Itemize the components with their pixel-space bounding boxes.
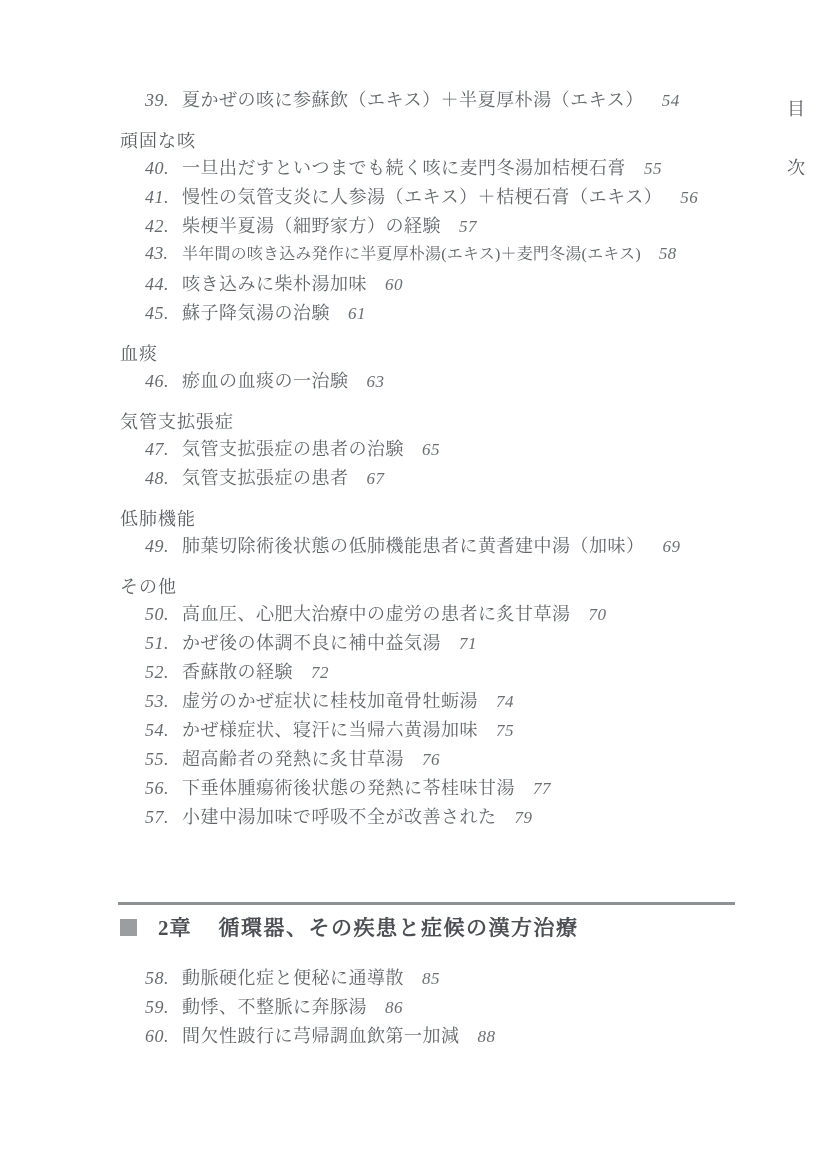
toc-entry: 46.瘀血の血痰の一治験63 xyxy=(0,367,770,396)
entry-number: 47. xyxy=(145,439,182,460)
toc-entry: 57.小建中湯加味で呼吸不全が改善された79 xyxy=(0,803,770,832)
entry-number: 49. xyxy=(145,536,182,557)
toc-group: 低肺機能49.肺葉切除術後状態の低肺機能患者に黄耆建中湯（加味）69 xyxy=(0,503,770,561)
toc-entry: 60.間欠性跛行に芎帰調血飲第一加減88 xyxy=(0,1022,770,1051)
toc-entry: 39.夏かぜの咳に参蘇飲（エキス）＋半夏厚朴湯（エキス）54 xyxy=(0,86,770,115)
toc-entry: 54.かぜ様症状、寝汗に当帰六黄湯加味75 xyxy=(0,716,770,745)
toc-page: 目 次 39.夏かぜの咳に参蘇飲（エキス）＋半夏厚朴湯（エキス）54頑固な咳40… xyxy=(0,0,830,1160)
entry-title: 間欠性跛行に芎帰調血飲第一加減 xyxy=(182,1022,460,1048)
entry-page-number: 56 xyxy=(680,188,698,208)
entry-page-number: 70 xyxy=(589,605,607,625)
entry-title: かぜ様症状、寝汗に当帰六黄湯加味 xyxy=(182,716,478,742)
entry-number: 42. xyxy=(145,216,182,237)
entry-title: 動悸、不整脈に奔豚湯 xyxy=(182,993,367,1019)
entry-title: 超高齢者の発熱に炙甘草湯 xyxy=(182,745,404,771)
toc-entry: 42.柴梗半夏湯（細野家方）の経験57 xyxy=(0,212,770,241)
toc-group: その他50.高血圧、心肥大治療中の虚労の患者に炙甘草湯7051.かぜ後の体調不良… xyxy=(0,571,770,832)
entry-title: 動脈硬化症と便秘に通導散 xyxy=(182,964,404,990)
entry-number: 52. xyxy=(145,662,182,683)
entry-title: 気管支拡張症の患者の治験 xyxy=(182,435,404,461)
chapter-title: 循環器、その疾患と症候の漢方治療 xyxy=(219,912,579,942)
entry-number: 60. xyxy=(145,1026,182,1047)
entry-page-number: 57 xyxy=(459,217,477,237)
toc-entry: 53.虚労のかぜ症状に桂枝加竜骨牡蛎湯74 xyxy=(0,687,770,716)
entry-page-number: 72 xyxy=(311,663,329,683)
toc-group: 39.夏かぜの咳に参蘇飲（エキス）＋半夏厚朴湯（エキス）54 xyxy=(0,86,770,115)
entry-number: 53. xyxy=(145,691,182,712)
entry-number: 54. xyxy=(145,720,182,741)
entry-page-number: 65 xyxy=(422,440,440,460)
toc-entry: 51.かぜ後の体調不良に補中益気湯71 xyxy=(0,629,770,658)
entry-page-number: 77 xyxy=(533,779,551,799)
entry-page-number: 60 xyxy=(385,275,403,295)
toc-entry: 49.肺葉切除術後状態の低肺機能患者に黄耆建中湯（加味）69 xyxy=(0,532,770,561)
entry-number: 51. xyxy=(145,633,182,654)
chapter-heading: 2章 循環器、その疾患と症候の漢方治療 xyxy=(0,912,770,942)
toc-entry: 40.一旦出だすといつまでも続く咳に麦門冬湯加桔梗石膏55 xyxy=(0,154,770,183)
toc-group-header: 頑固な咳 xyxy=(0,125,770,154)
entry-title: 気管支拡張症の患者 xyxy=(182,464,349,490)
entry-page-number: 61 xyxy=(348,304,366,324)
entry-page-number: 79 xyxy=(515,808,533,828)
chapter-bullet-square-icon xyxy=(120,919,137,936)
toc-entry: 45.蘇子降気湯の治験61 xyxy=(0,299,770,328)
entry-number: 58. xyxy=(145,968,182,989)
entry-page-number: 75 xyxy=(496,721,514,741)
entry-number: 41. xyxy=(145,187,182,208)
chapter-2-block: 2章 循環器、その疾患と症候の漢方治療 58.動脈硬化症と便秘に通導散8559.… xyxy=(0,902,770,1051)
entry-number: 50. xyxy=(145,604,182,625)
toc-group-header: 血痰 xyxy=(0,338,770,367)
entry-number: 56. xyxy=(145,778,182,799)
chapter-number: 2章 xyxy=(158,912,192,942)
toc-groups: 39.夏かぜの咳に参蘇飲（エキス）＋半夏厚朴湯（エキス）54頑固な咳40.一旦出… xyxy=(0,86,770,832)
entry-number: 48. xyxy=(145,468,182,489)
entry-number: 57. xyxy=(145,807,182,828)
toc-group-header: 気管支拡張症 xyxy=(0,406,770,435)
entry-title: 瘀血の血痰の一治験 xyxy=(182,367,349,393)
entry-title: かぜ後の体調不良に補中益気湯 xyxy=(182,629,441,655)
page-edge-label-mokuji: 目 次 xyxy=(786,95,806,180)
margin-char-bottom: 次 xyxy=(787,154,805,180)
entry-number: 43. xyxy=(145,243,182,264)
entry-page-number: 58 xyxy=(659,244,676,264)
entry-number: 39. xyxy=(145,90,182,111)
toc-content: 39.夏かぜの咳に参蘇飲（エキス）＋半夏厚朴湯（エキス）54頑固な咳40.一旦出… xyxy=(0,86,770,1051)
entry-title: 高血圧、心肥大治療中の虚労の患者に炙甘草湯 xyxy=(182,600,571,626)
toc-group-header: その他 xyxy=(0,571,770,600)
entry-title: 半年間の咳き込み発作に半夏厚朴湯(エキス)＋麦門冬湯(エキス) xyxy=(182,241,641,264)
entry-number: 44. xyxy=(145,274,182,295)
toc-group-header: 低肺機能 xyxy=(0,503,770,532)
toc-entry: 50.高血圧、心肥大治療中の虚労の患者に炙甘草湯70 xyxy=(0,600,770,629)
toc-group: 気管支拡張症47.気管支拡張症の患者の治験6548.気管支拡張症の患者67 xyxy=(0,406,770,493)
entry-title: 蘇子降気湯の治験 xyxy=(182,299,330,325)
toc-entry: 41.慢性の気管支炎に人参湯（エキス）＋桔梗石膏（エキス）56 xyxy=(0,183,770,212)
entry-number: 55. xyxy=(145,749,182,770)
entry-number: 46. xyxy=(145,371,182,392)
entry-title: 慢性の気管支炎に人参湯（エキス）＋桔梗石膏（エキス） xyxy=(182,183,662,209)
entry-page-number: 74 xyxy=(496,692,514,712)
entry-title: 一旦出だすといつまでも続く咳に麦門冬湯加桔梗石膏 xyxy=(182,154,626,180)
entry-number: 59. xyxy=(145,997,182,1018)
toc-group: 血痰46.瘀血の血痰の一治験63 xyxy=(0,338,770,396)
entry-title: 小建中湯加味で呼吸不全が改善された xyxy=(182,803,497,829)
margin-char-top: 目 xyxy=(787,95,805,121)
entry-number: 45. xyxy=(145,303,182,324)
entry-page-number: 85 xyxy=(422,969,440,989)
entry-title: 香蘇散の経験 xyxy=(182,658,293,684)
entry-page-number: 88 xyxy=(478,1027,496,1047)
entry-page-number: 76 xyxy=(422,750,440,770)
toc-group: 頑固な咳40.一旦出だすといつまでも続く咳に麦門冬湯加桔梗石膏5541.慢性の気… xyxy=(0,125,770,328)
toc-entry: 52.香蘇散の経験72 xyxy=(0,658,770,687)
toc-entry: 48.気管支拡張症の患者67 xyxy=(0,464,770,493)
chapter-item-list: 58.動脈硬化症と便秘に通導散8559.動悸、不整脈に奔豚湯8660.間欠性跛行… xyxy=(0,964,770,1051)
entry-title: 咳き込みに柴朴湯加味 xyxy=(182,270,367,296)
entry-number: 40. xyxy=(145,158,182,179)
toc-entry: 55.超高齢者の発熱に炙甘草湯76 xyxy=(0,745,770,774)
toc-entry: 43.半年間の咳き込み発作に半夏厚朴湯(エキス)＋麦門冬湯(エキス)58 xyxy=(0,241,770,270)
chapter-divider-rule xyxy=(118,902,735,905)
toc-entry: 44.咳き込みに柴朴湯加味60 xyxy=(0,270,770,299)
entry-page-number: 86 xyxy=(385,998,403,1018)
toc-entry: 58.動脈硬化症と便秘に通導散85 xyxy=(0,964,770,993)
entry-page-number: 54 xyxy=(662,91,680,111)
entry-title: 虚労のかぜ症状に桂枝加竜骨牡蛎湯 xyxy=(182,687,478,713)
entry-title: 肺葉切除術後状態の低肺機能患者に黄耆建中湯（加味） xyxy=(182,532,645,558)
entry-title: 柴梗半夏湯（細野家方）の経験 xyxy=(182,212,441,238)
toc-entry: 59.動悸、不整脈に奔豚湯86 xyxy=(0,993,770,1022)
entry-page-number: 71 xyxy=(459,634,477,654)
toc-entry: 47.気管支拡張症の患者の治験65 xyxy=(0,435,770,464)
entry-page-number: 63 xyxy=(367,372,385,392)
entry-page-number: 69 xyxy=(663,537,681,557)
entry-page-number: 55 xyxy=(644,159,662,179)
entry-page-number: 67 xyxy=(367,469,385,489)
entry-title: 夏かぜの咳に参蘇飲（エキス）＋半夏厚朴湯（エキス） xyxy=(182,86,644,112)
toc-entry: 56.下垂体腫瘍術後状態の発熱に苓桂味甘湯77 xyxy=(0,774,770,803)
entry-title: 下垂体腫瘍術後状態の発熱に苓桂味甘湯 xyxy=(182,774,515,800)
